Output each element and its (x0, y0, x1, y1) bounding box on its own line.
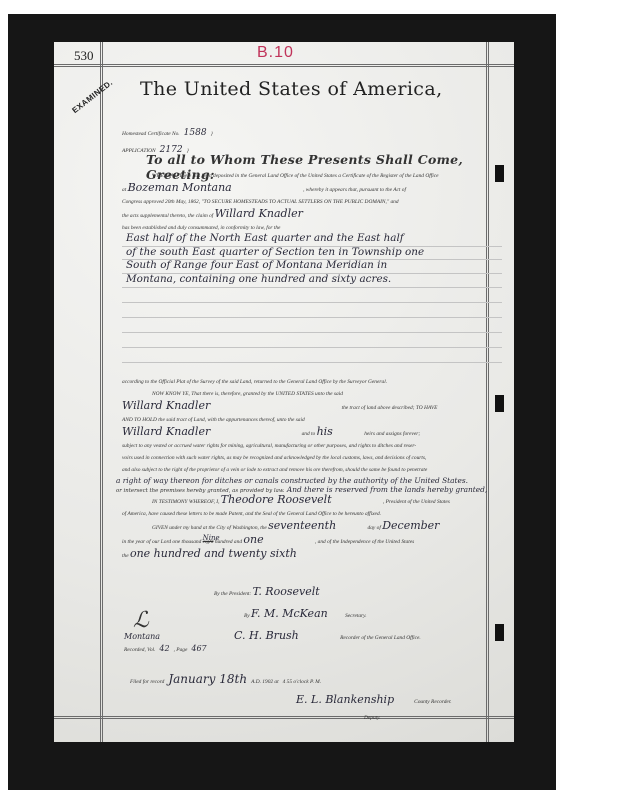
filing-line: Filed for record January 18th A.D. 1902 … (130, 670, 321, 688)
document-title: The United States of America, (140, 78, 500, 100)
testimony-text-1: , President of the United States (383, 499, 450, 505)
whereas-text-4: the acts supplemental thereto, the claim… (122, 213, 213, 219)
the-label: the (122, 553, 129, 559)
top-rule (54, 64, 514, 65)
claimant-name: Willard Knadler (215, 207, 303, 220)
whereas-paragraph: WHEREAS, There has been deposited in the… (122, 170, 502, 234)
whereas-text-5: has been established and duly consummate… (122, 225, 280, 231)
examined-stamp: EXAMINED. (70, 78, 114, 115)
month: December (382, 519, 439, 532)
ruled-line (122, 332, 502, 333)
water-text-2: voirs used in connection with such water… (122, 455, 426, 461)
recorded-page: 467 (191, 644, 206, 653)
testimony-label: IN TESTIMONY WHEREOF, I, (152, 499, 219, 505)
tract-text: the tract of land above described; TO HA… (342, 405, 438, 411)
whereas-text-2: , whereby it appears that, pursuant to t… (303, 187, 406, 193)
deputy-line: Deputy. (364, 706, 381, 724)
file-mark: B.10 (257, 44, 294, 62)
land-description-line: East half of the North East quarter and … (126, 232, 506, 246)
independence-text: , and of the Independence of the United … (315, 539, 414, 545)
given-text: GIVEN under my hand at the City of Washi… (152, 525, 267, 531)
deputy-label: Deputy. (364, 715, 381, 721)
ruled-line (122, 287, 502, 288)
grant-paragraph: according to the Official Plat of the Su… (122, 376, 502, 476)
independence-year: one hundred and twenty sixth (130, 547, 297, 560)
survey-text: according to the Official Plat of the Su… (122, 379, 387, 385)
heirs-text: heirs and assigns forever; (364, 431, 420, 437)
secretary-label: Secretary. (345, 613, 367, 619)
ruled-line (122, 302, 502, 303)
registration-mark (495, 165, 504, 182)
grantee-name-1: Willard Knadler (122, 399, 210, 412)
certificate-number: 1588 (184, 128, 207, 138)
at-label: at (122, 187, 126, 193)
land-description-line: of the south East quarter of Section ten… (126, 246, 506, 260)
land-office: Bozeman Montana (128, 181, 232, 194)
and-to-label: and to (302, 431, 316, 437)
filed-ad: A.D. 1902 at (251, 679, 279, 685)
year-text-1: in the year of our Lord one thousand (122, 539, 201, 545)
president-name: Theodore Roosevelt (221, 493, 332, 506)
testimony-text-2: of America, have caused these letters to… (122, 511, 381, 517)
bottom-rule-inner (54, 718, 514, 719)
county-recorder-signature: E. L. Blankenship (296, 693, 394, 706)
testimony-paragraph: IN TESTIMONY WHEREOF, I, Theodore Roosev… (122, 494, 502, 562)
county-recorder-label: County Recorder. (414, 699, 452, 705)
left-margin-rule-inner (102, 42, 103, 742)
water-text-3: and also subject to the right of the pro… (122, 467, 427, 473)
registration-mark (495, 624, 504, 641)
recorder-label: Recorder of the General Land Office. (340, 635, 421, 641)
volume: 42 (159, 644, 169, 653)
century-correction: Nine (203, 532, 220, 544)
page-number: 530 (74, 48, 94, 64)
whereas-text-1: WHEREAS, There has been deposited in the… (152, 173, 439, 179)
now-know-text: NOW KNOW YE, That there is, therefore, g… (152, 391, 343, 397)
filed-label: Filed for record (130, 679, 164, 685)
president-signature: T. Roosevelt (253, 585, 320, 598)
hold-text: AND TO HOLD the said tract of Land, with… (122, 417, 305, 423)
certificate-label: Homestead Certificate No. (122, 131, 180, 137)
ruled-line (122, 259, 502, 260)
year-word: one (243, 533, 263, 546)
filed-date: January 18th (168, 672, 247, 686)
ruled-line (122, 317, 502, 318)
pronoun: his (317, 425, 333, 438)
recorded-label: Recorded, Vol. (124, 647, 155, 653)
filed-time: 4 55 o'clock P. M. (283, 679, 321, 685)
top-rule-inner (54, 66, 514, 67)
water-text-1: subject to any vested or accrued water r… (122, 443, 416, 449)
state: Montana (124, 632, 207, 642)
secretary-signature: F. M. McKean (251, 607, 328, 620)
day-of-label: day of (368, 525, 381, 531)
homestead-patent-page: 530 B.10 EXAMINED. The United States of … (54, 42, 514, 742)
page-label: , Page (174, 647, 188, 653)
ruled-line (122, 246, 502, 247)
bottom-rule (54, 716, 514, 717)
grantee-name-2: Willard Knadler (122, 425, 210, 438)
recorder-signature: C. H. Brush (234, 629, 299, 642)
ruled-line (122, 347, 502, 348)
registration-mark (495, 395, 504, 412)
left-margin-rule (100, 42, 101, 742)
whereas-text-3: Congress approved 20th May, 1862, "TO SE… (122, 199, 399, 205)
seal-mark: ℒ (133, 608, 149, 633)
signature-block: By the President: T. Roosevelt By F. M. … (214, 582, 494, 648)
day: seventeenth (268, 519, 336, 532)
reservation-handwritten-1: a right of way thereon for ditches or ca… (116, 476, 506, 485)
recording-info: Montana Recorded, Vol. 42 , Page 467 (124, 632, 207, 655)
land-description-line: South of Range four East of Montana Meri… (126, 259, 506, 273)
land-description-line: Montana, containing one hundred and sixt… (126, 273, 506, 287)
by-president-label: By the President: (214, 591, 251, 597)
by-label: By (244, 613, 250, 619)
ruled-line (122, 273, 502, 274)
ruled-line (122, 362, 502, 363)
